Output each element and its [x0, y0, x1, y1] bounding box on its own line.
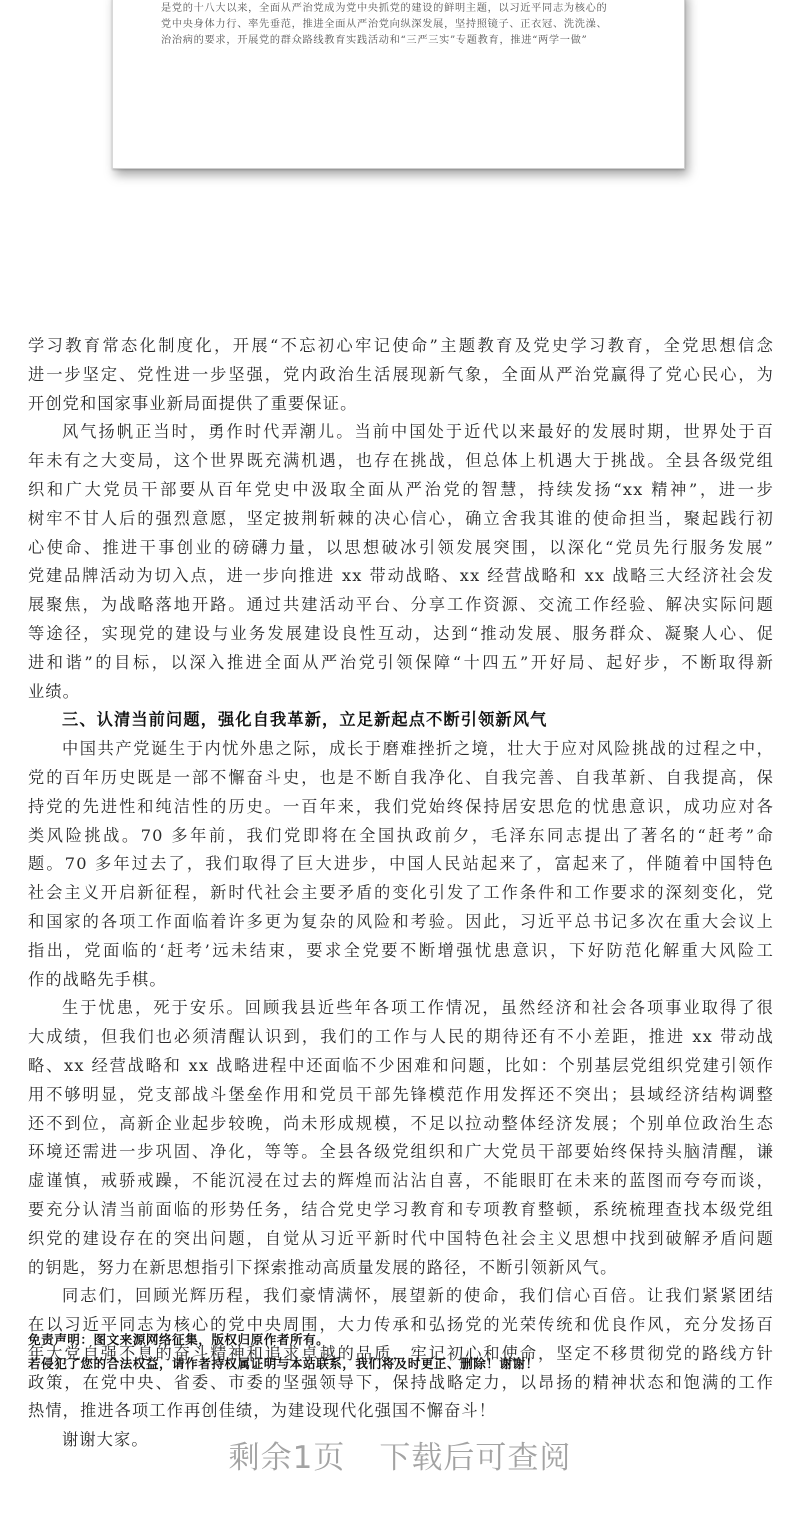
- text-line: 社会主义开启新征程，新时代社会主要矛盾的变化引发了工作条件和工作要求的深刻变化，…: [28, 879, 774, 908]
- text-line: 年未有之大变局，这个世界既充满机遇，也存在挑战，但总体上机遇大于挑战。全县各级党…: [28, 447, 774, 476]
- preview-line: 是党的十八大以来，全面从严治党成为党中央抓党的建设的鲜明主题，以习近平同志为核心…: [161, 1, 641, 17]
- text-line: 业绩。: [28, 678, 774, 707]
- text-line: 风气扬帆正当时，勇作时代弄潮儿。当前中国处于近代以来最好的发展时期，世界处于百: [28, 418, 774, 447]
- text-line: 进一步坚定、党性进一步坚强，党内政治生活展现新气象，全面从严治党赢得了党心民心，…: [28, 361, 774, 390]
- paragraph-youhuan: 生于忧患，死于安乐。回顾我县近些年各项工作情况，虽然经济和社会各项事业取得了很 …: [28, 994, 774, 1282]
- preview-line: 党中央身体力行、率先垂范，推进全面从严治党向纵深发展，坚持照镜子、正衣冠、洗洗澡…: [161, 17, 641, 33]
- preview-line: 治治病的要求，开展党的群众路线教育实践活动和“三严三实”专题教育，推进“两学一做…: [161, 33, 641, 49]
- text-line: 要充分认清当前面临的形势任务，结合党史学习教育和专项教育整顿，系统梳理查找本级党…: [28, 1196, 774, 1225]
- text-line: 题。70 多年过去了，我们取得了巨大进步，中国人民站起来了，富起来了，伴随着中国…: [28, 850, 774, 879]
- text-line: 党建品牌活动为切入点，进一步向推进 xx 带动战略、xx 经营战略和 xx 战略…: [28, 562, 774, 591]
- download-to-view-label: 下载后可查阅: [379, 1440, 571, 1476]
- text-line: 织党的建设存在的突出问题，自觉从习近平新时代中国特色社会主义思想中找到破解矛盾问…: [28, 1225, 774, 1254]
- text-line: 略、xx 经营战略和 xx 战略进程中还面临不少困难和问题，比如：个别基层党组织…: [28, 1052, 774, 1081]
- text-line: 用不够明显，党支部战斗堡垒作用和党员干部先锋模范作用发挥还不突出；县域经济结构调…: [28, 1081, 774, 1110]
- disclaimer: 免责声明：图文来源网络征集，版权归原作者所有。 若侵犯了您的合法权益，请作者持权…: [28, 1328, 539, 1376]
- paragraph-fengqi: 风气扬帆正当时，勇作时代弄潮儿。当前中国处于近代以来最好的发展时期，世界处于百 …: [28, 418, 774, 706]
- disclaimer-line-1: 免责声明：图文来源网络征集，版权归原作者所有。: [28, 1328, 539, 1352]
- text-line: 持党的先进性和纯洁性的历史。一百年来，我们党始终保持居安思危的忧患意识，成功应对…: [28, 793, 774, 822]
- preview-page-text: 是党的十八大以来，全面从严治党成为党中央抓党的建设的鲜明主题，以习近平同志为核心…: [161, 1, 641, 49]
- text-line: 指出，党面临的‘赶考’远未结束，要求全党要不断增强忧患意识，下好防范化解重大风险…: [28, 937, 774, 966]
- text-line: 树牢不甘人后的强烈意愿，坚定披荆斩棘的决心信心，确立舍我其谁的使命担当，聚起践行…: [28, 505, 774, 534]
- text-line: 开创党和国家事业新局面提供了重要保证。: [28, 390, 774, 419]
- text-line: 同志们，回顾光辉历程，我们豪情满怀，展望新的使命，我们信心百倍。让我们紧紧团结: [28, 1282, 774, 1311]
- text-line: 大成绩，但我们也必须清醒认识到，我们的工作与人民的期待还有不小差距，推进 xx …: [28, 1023, 774, 1052]
- text-line: 织和广大党员干部要从百年党史中汲取全面从严治党的智慧，持续发扬“xx 精神”，进…: [28, 476, 774, 505]
- text-line: 进和谐”的目标，以深入推进全面从严治党引领保障“十四五”开好局、起好步，不断取得…: [28, 649, 774, 678]
- text-line: 等途径，实现党的建设与业务发展建设良性互动，达到“推动发展、服务群众、凝聚人心、…: [28, 620, 774, 649]
- text-line: 中国共产党诞生于内忧外患之际，成长于磨难挫折之境，壮大于应对风险挑战的过程之中，: [28, 735, 774, 764]
- text-line: 虚谨慎，戒骄戒躁，不能沉浸在过去的辉煌而沾沾自喜，不能眼盯在未来的蓝图而夸夸而谈…: [28, 1167, 774, 1196]
- text-line: 热情，推进各项工作再创佳绩，为建设现代化强国不懈奋斗！: [28, 1397, 774, 1426]
- text-line: 环境还需进一步巩固、净化，等等。全县各级党组织和广大党员干部要始终保持头脑清醒，…: [28, 1138, 774, 1167]
- text-line: 党的百年历史既是一部不懈奋斗史，也是不断自我净化、自我完善、自我革新、自我提高，…: [28, 764, 774, 793]
- text-line: 类风险挑战。70 多年前，我们党即将在全国执政前夕，毛泽东同志提出了著名的“赶考…: [28, 822, 774, 851]
- disclaimer-line-2: 若侵犯了您的合法权益，请作者持权属证明与本站联系，我们将及时更正、删除！谢谢！: [28, 1352, 539, 1376]
- text-line: 作的战略先手棋。: [28, 966, 774, 995]
- download-to-read-banner[interactable]: 剩余1页下载后可查阅: [0, 1432, 800, 1477]
- text-line: 和国家的各项工作面临着许多更为复杂的风险和考验。因此，习近平总书记多次在重大会议…: [28, 908, 774, 937]
- pages-remaining-label: 剩余1页: [229, 1440, 346, 1476]
- text-line: 学习教育常态化制度化，开展“不忘初心牢记使命”主题教育及党史学习教育，全党思想信…: [28, 332, 774, 361]
- paragraph-continuation: 学习教育常态化制度化，开展“不忘初心牢记使命”主题教育及党史学习教育，全党思想信…: [28, 332, 774, 418]
- section-heading-text: 三、认清当前问题，强化自我革新，立足新起点不断引领新风气: [28, 706, 774, 735]
- text-line: 的钥匙，努力在新思想指引下探索推动高质量发展的路径，不断引领新风气。: [28, 1254, 774, 1283]
- section-heading: 三、认清当前问题，强化自我革新，立足新起点不断引领新风气: [28, 706, 774, 735]
- page-preview-card: 是党的十八大以来，全面从严治党成为党中央抓党的建设的鲜明主题，以习近平同志为核心…: [112, 0, 685, 169]
- paragraph-zhongguo: 中国共产党诞生于内忧外患之际，成长于磨难挫折之境，壮大于应对风险挑战的过程之中，…: [28, 735, 774, 994]
- text-line: 还不到位，高新企业起步较晚，尚未形成规模，不足以拉动整体经济发展；个别单位政治生…: [28, 1110, 774, 1139]
- document-body: 学习教育常态化制度化，开展“不忘初心牢记使命”主题教育及党史学习教育，全党思想信…: [28, 332, 774, 1455]
- text-line: 展聚焦，为战略落地开路。通过共建活动平台、分享工作资源、交流工作经验、解决实际问…: [28, 591, 774, 620]
- text-line: 心使命、推进干事创业的磅礴力量，以思想破冰引领发展突围，以深化“党员先行服务发展…: [28, 534, 774, 563]
- text-line: 生于忧患，死于安乐。回顾我县近些年各项工作情况，虽然经济和社会各项事业取得了很: [28, 994, 774, 1023]
